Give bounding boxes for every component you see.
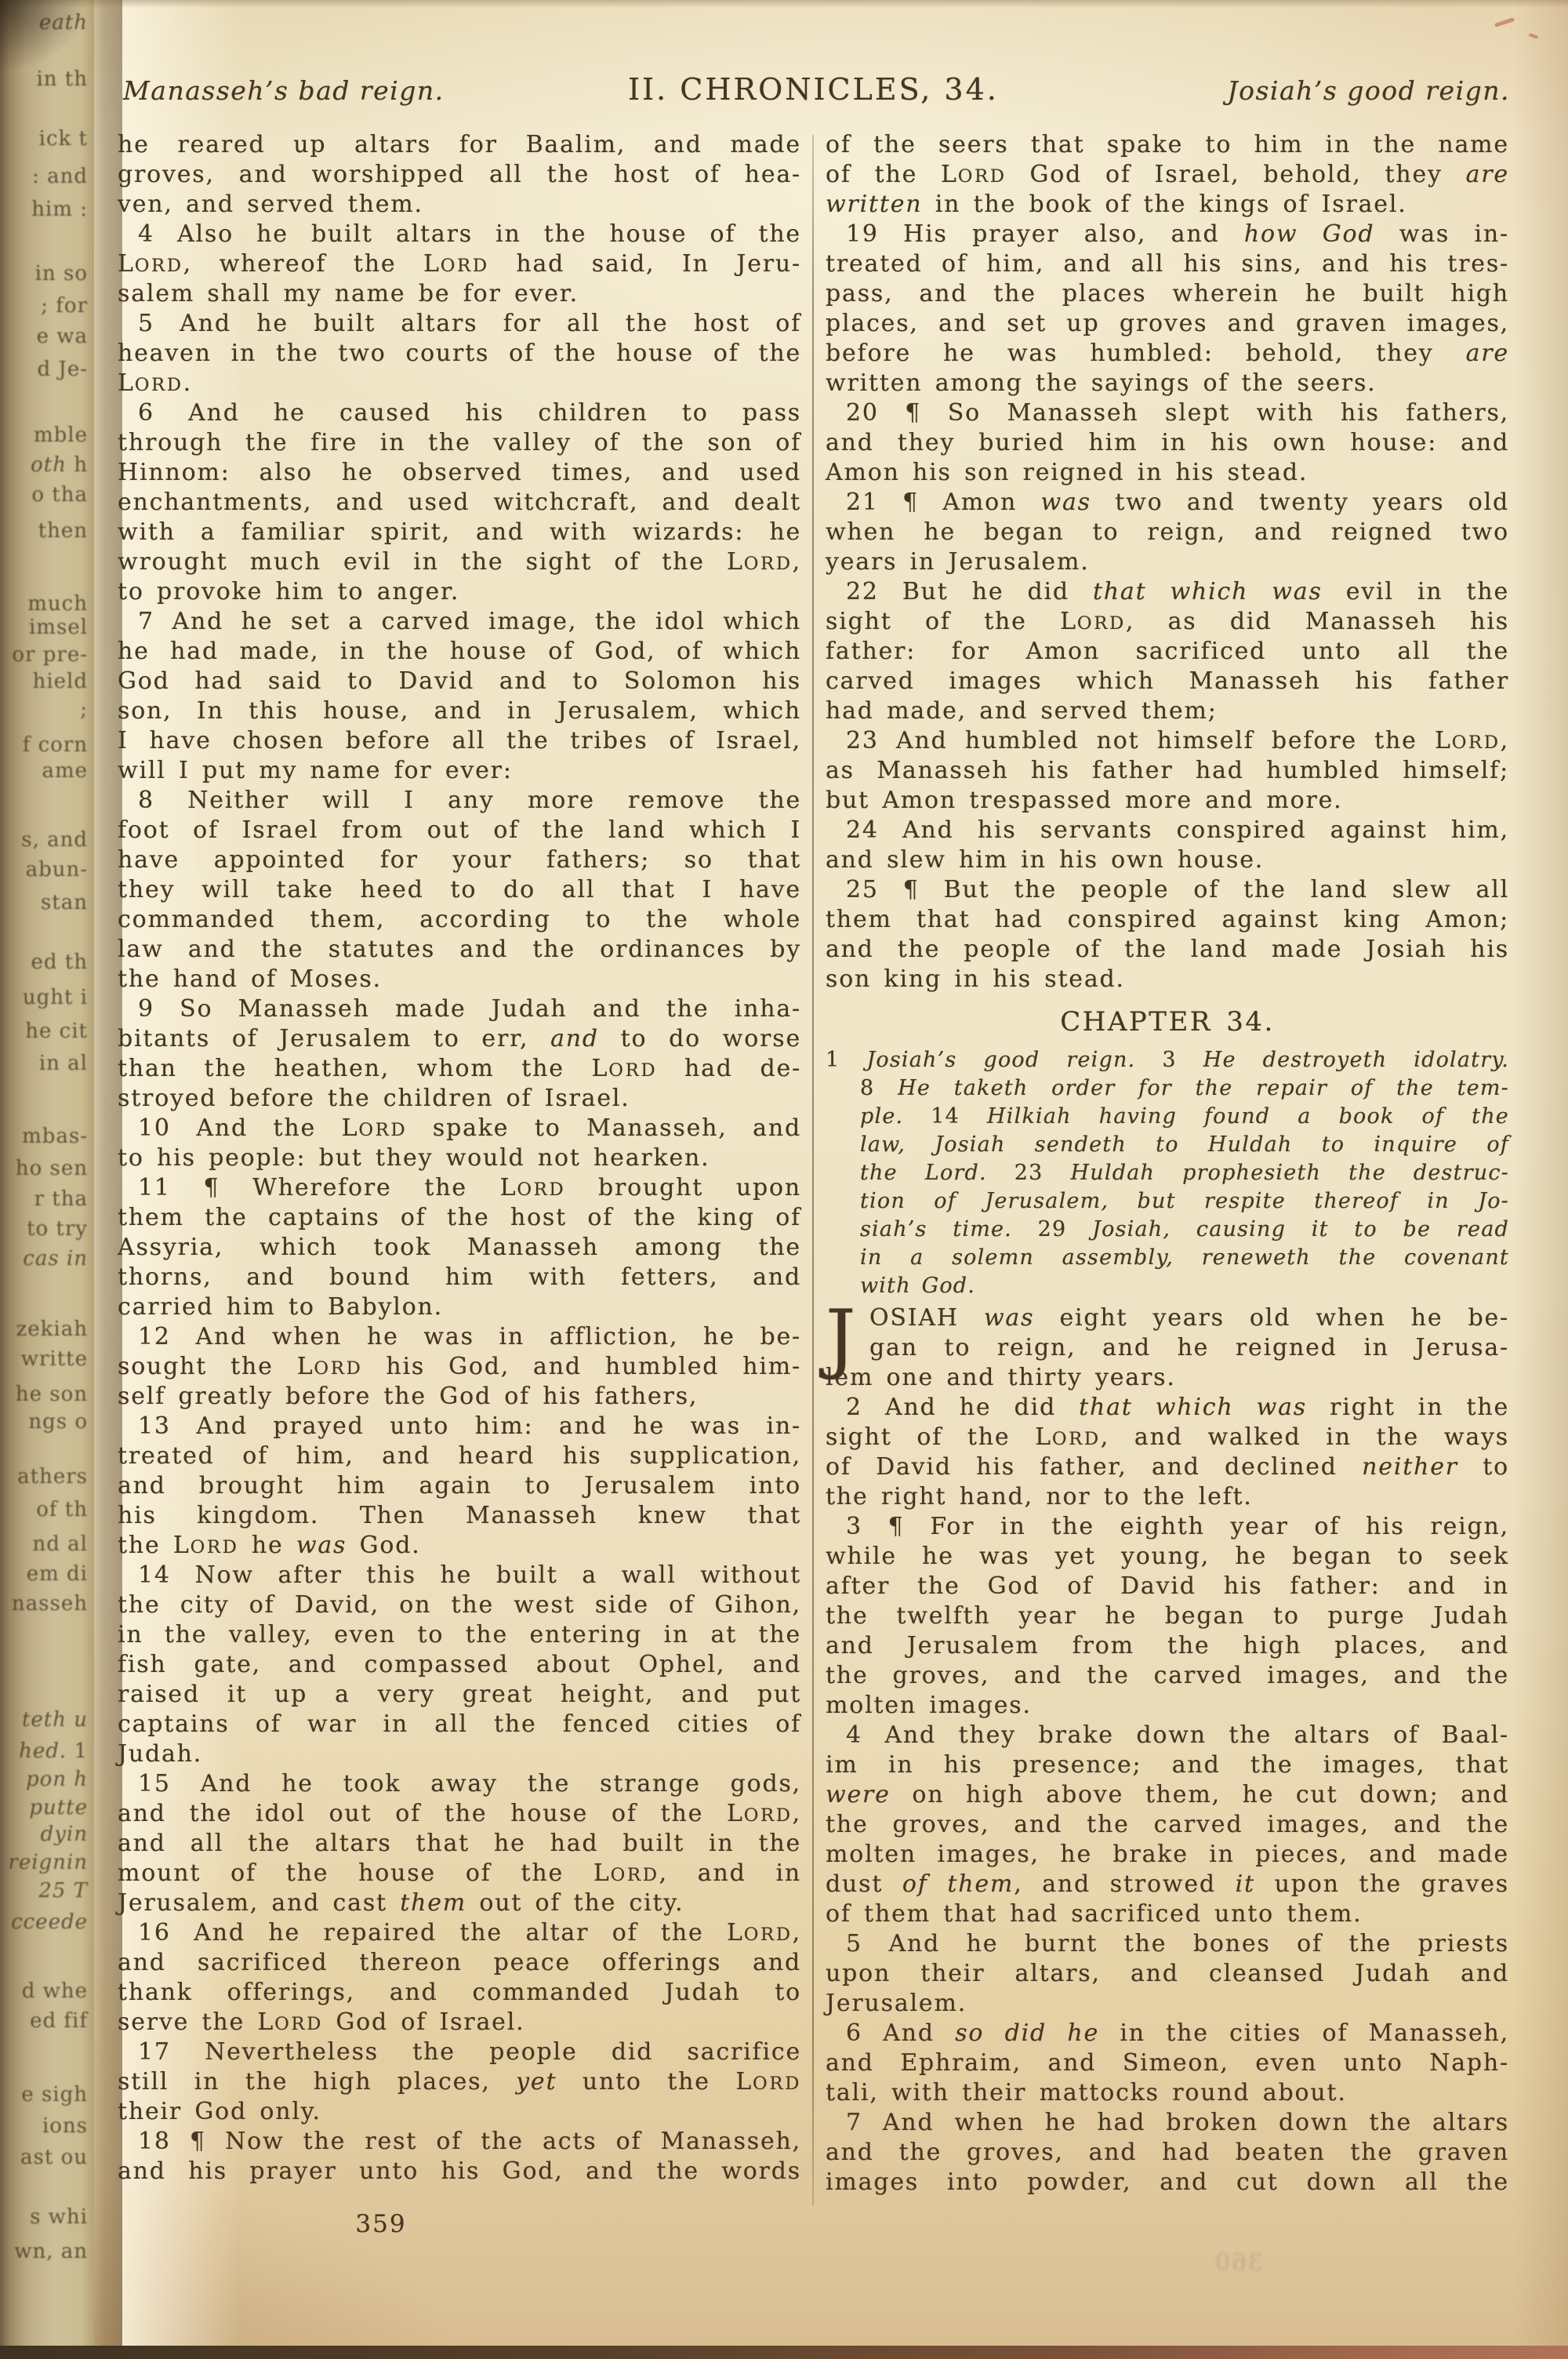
gutter-fragment: ions [0,2114,88,2138]
text-line: 17 Nevertheless the people did sacrifice [118,2037,801,2067]
text-line: with a familiar spirit, and with wizards… [118,518,801,547]
text-line: God had said to David and to Solomon his [118,667,801,696]
text-line: 13 And prayed unto him: and he was in- [118,1412,801,1441]
text-line: of the seers that spake to him in the na… [826,130,1509,160]
top-edge-shade [0,0,1568,8]
verse-paragraph: 20 ¶ So Manasseh slept with his fathers,… [826,398,1509,488]
text-line: and Jerusalem from the high places, and [826,1631,1509,1661]
text-line: 12 And when he was in affliction, he be- [118,1322,801,1352]
text-line: OSIAH was eight years old when he be- [826,1303,1509,1333]
text-line: the LORD he was God. [118,1531,801,1561]
text-line: son king in his stead. [826,965,1509,994]
gutter-fragment: in al [0,1052,88,1075]
text-line: LORD, whereof the LORD had said, In Jeru… [118,249,801,279]
text-line: carried him to Babylon. [118,1292,801,1322]
text-line: ven, and served them. [118,190,801,220]
text-line: they will take heed to do all that I hav… [118,875,801,905]
gutter-fragment: ; for [0,294,88,318]
text-line: had made, and served them; [826,696,1509,726]
text-line: the right hand, nor to the left. [826,1482,1509,1512]
text-line: and they buried him in his own house: an… [826,428,1509,458]
gutter-fragment: ed fif [0,2009,88,2033]
text-line: he reared up altars for Baalim, and made [118,130,801,160]
text-line: written among the sayings of the seers. [826,369,1509,398]
text-line: his kingdom. Then Manasseh knew that [118,1501,801,1531]
text-line: mount of the house of the LORD, and in [118,1859,801,1888]
text-line: serve the LORD God of Israel. [118,2008,801,2037]
text-line: im in his presence; and the images, that [826,1750,1509,1780]
text-line: when he began to reign, and reigned two [826,518,1509,547]
text-line: I have chosen before all the tribes of I… [118,726,801,756]
gutter-fragment: then [0,519,88,543]
gutter-fragment: hield [0,670,88,693]
text-line: stroyed before the children of Israel. [118,1084,801,1114]
text-line: sight of the LORD, as did Manasseh his [826,607,1509,637]
text-line: and brought him again to Jerusalem into [118,1471,801,1501]
text-line: Jerusalem. [826,1989,1509,2019]
gutter-fragment: ho sen [0,1157,88,1180]
verse-paragraph: he reared up altars for Baalim, and made… [118,130,801,220]
gutter-fragment: mble [0,423,88,447]
book-page-scan: eathin thick t: andhim :in so; fore wad … [0,0,1568,2359]
text-line: 7 And he set a carved image, the idol wh… [118,607,801,637]
text-line: self greatly before the God of his fathe… [118,1382,801,1412]
gutter-fragment: ; [0,698,88,722]
verse-paragraph: 11 ¶ Wherefore the LORD brought uponthem… [118,1173,801,1322]
text-line: 4 And they brake down the altars of Baal… [826,1721,1509,1750]
summary-line: ple. 14 Hilkiah having found a book of t… [826,1103,1509,1131]
verse-paragraph: 14 Now after this he built a wall withou… [118,1561,801,1769]
verse-paragraph: 7 And when he had broken down the altars… [826,2108,1509,2197]
gutter-fragment: he cit [0,1020,88,1043]
bottom-page-edge [0,2346,1568,2359]
text-line: them the captains of the host of the kin… [118,1203,801,1233]
gutter-fragment: e wa [0,325,88,348]
text-line: thorns, and bound him with fetters, and [118,1263,801,1292]
verse-paragraph: 6 And so did he in the cities of Manasse… [826,2019,1509,2108]
text-line: after the God of David his father: and i… [826,1572,1509,1601]
summary-line: in a solemn assembly, reneweth the coven… [826,1244,1509,1272]
gutter-fragment: dyin [0,1823,88,1846]
verse-paragraph: 15 And he took away the strange gods,and… [118,1769,801,1918]
chapter-summary: 1 Josiah’s good reign. 3 He destroyeth i… [826,1046,1509,1300]
text-line: carved images which Manasseh his father [826,667,1509,696]
text-line: 22 But he did that which was evil in the [826,577,1509,607]
text-line: Judah. [118,1739,801,1769]
text-line: while he was yet young, he began to seek [826,1542,1509,1572]
verse-paragraph: 19 His prayer also, and how God was in-t… [826,220,1509,398]
verse-paragraph: 10 And the LORD spake to Manasseh, andto… [118,1114,801,1173]
text-line: Assyria, which took Manasseh among the [118,1233,801,1263]
text-line: written in the book of the kings of Isra… [826,190,1509,220]
gutter-fragment: of th [0,1498,88,1521]
gutter-fragment: ame [0,759,88,783]
summary-line: siah’s time. 29 Josiah, causing it to be… [826,1216,1509,1244]
verse-paragraph: 12 And when he was in affliction, he be-… [118,1322,801,1412]
text-line: sight of the LORD, and walked in the way… [826,1423,1509,1452]
text-line: images into powder, and cut down all the [826,2168,1509,2197]
text-line: as Manasseh his father had humbled himse… [826,756,1509,786]
text-line: 4 Also he built altars in the house of t… [118,220,801,249]
text-line: years in Jerusalem. [826,547,1509,577]
gutter-fragment: ick t [0,127,88,151]
gutter-fragment: writte [0,1347,88,1371]
text-line: salem shall my name be for ever. [118,279,801,309]
text-line: sought the LORD his God, and humbled him… [118,1352,801,1382]
running-head-right: Josiah’s good reign. [1227,75,1510,106]
gutter-fragment: zekiah [0,1318,88,1341]
gutter-fragment: oth h [0,453,88,477]
text-line: 5 And he burnt the bones of the priests [826,1929,1509,1959]
text-line: and Ephraim, and Simeon, even unto Naph- [826,2048,1509,2078]
text-line: Amon his son reigned in his stead. [826,458,1509,488]
text-line: pass, and the places wherein he built hi… [826,279,1509,309]
text-line: dust of them, and strowed it upon the gr… [826,1870,1509,1899]
gutter-fragment: ngs o [0,1410,88,1434]
text-line: father: for Amon sacrificed unto all the [826,637,1509,667]
gutter-fragment: cceede [0,1910,88,1934]
summary-line: tion of Jerusalem, but respite thereof i… [826,1187,1509,1216]
text-line: than the heathen, whom the LORD had de- [118,1054,801,1084]
text-line: fish gate, and compassed about Ophel, an… [118,1650,801,1680]
gutter-fragment: teth u [0,1708,88,1732]
verse-paragraph: 4 Also he built altars in the house of t… [118,220,801,309]
text-line: thank offerings, and commanded Judah to [118,1978,801,2008]
summary-line: 1 Josiah’s good reign. 3 He destroyeth i… [826,1046,1509,1074]
verse-paragraph: 8 Neither will I any more remove thefoot… [118,786,801,994]
gutter-fragment: or pre- [0,643,88,667]
text-line: 15 And he took away the strange gods, [118,1769,801,1799]
text-line: of the LORD God of Israel, behold, they … [826,160,1509,190]
text-line: groves, and worshipped all the host of h… [118,160,801,190]
gutter-fragment: imsel [0,616,88,639]
gutter-fragment: s, and [0,828,88,852]
gutter-fragment: athers [0,1465,88,1488]
gutter-fragment: nd al [0,1532,88,1556]
text-line: the twelfth year he began to purge Judah [826,1601,1509,1631]
page-number: 359 [355,2210,406,2238]
verse-paragraph: 4 And they brake down the altars of Baal… [826,1721,1509,1929]
red-speck [1529,33,1539,39]
text-line: heaven in the two courts of the house of… [118,339,801,369]
text-line: the groves, and the carved images, and t… [826,1661,1509,1691]
gutter-fragment: wn, an [0,2240,88,2263]
verse-paragraph: 17 Nevertheless the people did sacrifice… [118,2037,801,2127]
text-line: 25 ¶ But the people of the land slew all [826,875,1509,905]
verse-paragraph: 9 So Manasseh made Judah and the inha-bi… [118,994,801,1114]
gutter-fragment: : and [0,165,88,188]
text-line: and the groves, and had beaten the grave… [826,2138,1509,2168]
text-line: and all the altars that he had built in … [118,1829,801,1859]
gutter-fragment: stan [0,891,88,914]
gutter-fragment: in so [0,262,88,285]
gutter-fragment: ast ou [0,2146,88,2169]
text-line: law and the statutes and the ordinances … [118,935,801,965]
text-line: enchantments, and used witchcraft, and d… [118,488,801,518]
gutter-fragment: to try [0,1217,88,1241]
text-line: commanded them, according to the whole [118,905,801,935]
gutter-fragment: ed th [0,951,88,974]
text-line: 3 ¶ For in the eighth year of his reign, [826,1512,1509,1542]
text-line: molten images, he brake in pieces, and m… [826,1840,1509,1870]
text-line: son, In this house, and in Jerusalem, wh… [118,696,801,726]
text-line: foot of Israel from out of the land whic… [118,816,801,845]
text-line: of David his father, and declined neithe… [826,1452,1509,1482]
gutter-fragment: eath [0,11,88,35]
text-line: 19 His prayer also, and how God was in- [826,220,1509,249]
gutter-fragment: nasseh [0,1592,88,1616]
text-line: still in the high places, yet unto the L… [118,2067,801,2097]
text-line: 11 ¶ Wherefore the LORD brought upon [118,1173,801,1203]
text-line: and his prayer unto his God, and the wor… [118,2157,801,2186]
opposite-page-text-fragments: eathin thick t: andhim :in so; fore wad … [0,0,93,2359]
text-line: of them that had sacrificed unto them. [826,1899,1509,1929]
text-line: 20 ¶ So Manasseh slept with his fathers, [826,398,1509,428]
text-line: treated of him, and all his sins, and hi… [826,249,1509,279]
gutter-fragment: d Je- [0,358,88,381]
text-line: he had made, in the house of God, of whi… [118,637,801,667]
text-line: 18 ¶ Now the rest of the acts of Manasse… [118,2127,801,2157]
gutter-fragment: him : [0,198,88,221]
showthrough-page-number: 360 [1214,2249,1263,2277]
text-line: 23 And humbled not himself before the LO… [826,726,1509,756]
gutter-fragment: hed. 1 [0,1739,88,1763]
verse-paragraph: 23 And humbled not himself before the LO… [826,726,1509,816]
text-line: and slew him in his own house. [826,845,1509,875]
text-line: 16 And he repaired the altar of the LORD… [118,1918,801,1948]
text-line: gan to reign, and he reigned in Jerusa- [826,1333,1509,1363]
text-line: 5 And he built altars for all the host o… [118,309,801,339]
verse-paragraph: 2 And he did that which was right in the… [826,1393,1509,1512]
text-line: have appointed for your fathers; so that [118,845,801,875]
drop-cap-initial: J [826,1300,855,1376]
verse-paragraph: 3 ¶ For in the eighth year of his reign,… [826,1512,1509,1721]
text-line: Jerusalem, and cast them out of the city… [118,1888,801,1918]
summary-line: with God. [826,1272,1509,1300]
verse-paragraph: 13 And prayed unto him: and he was in-tr… [118,1412,801,1561]
text-line: and the people of the land made Josiah h… [826,935,1509,965]
text-line: 2 And he did that which was right in the [826,1393,1509,1423]
text-line: the city of David, on the west side of G… [118,1590,801,1620]
text-line: and sacrificed thereon peace offerings a… [118,1948,801,1978]
gutter-fragment: r tha [0,1187,88,1211]
text-line: 8 Neither will I any more remove the [118,786,801,816]
text-line: the hand of Moses. [118,965,801,994]
verse-paragraph: 6 And he caused his children to passthro… [118,398,801,607]
text-line: in the valley, even to the entering in a… [118,1620,801,1650]
text-line: bitants of Jerusalem to err, and to do w… [118,1024,801,1054]
gutter-fragment: putte [0,1796,88,1819]
text-line: but Amon trespassed more and more. [826,786,1509,816]
text-line: treated of him, and heard his supplicati… [118,1441,801,1471]
text-line: the groves, and the carved images, and t… [826,1810,1509,1840]
verse-paragraph: 21 ¶ Amon was two and twenty years oldwh… [826,488,1509,577]
text-line: wrought much evil in the sight of the LO… [118,547,801,577]
gutter-fragment: in th [0,67,88,91]
gutter-fragment: much [0,592,88,616]
verse-paragraph: 25 ¶ But the people of the land slew all… [826,875,1509,994]
text-line: lem one and thirty years. [826,1363,1509,1393]
gutter-fragment: pon h [0,1768,88,1791]
text-line: were on high above them, he cut down; an… [826,1780,1509,1810]
text-line: Hinnom: also he observed times, and used [118,458,801,488]
verse-paragraph: 24 And his servants conspired against hi… [826,816,1509,875]
right-text-column: of the seers that spake to him in the na… [826,130,1509,2197]
text-line: upon their altars, and cleansed Judah an… [826,1959,1509,1989]
text-line: 24 And his servants conspired against hi… [826,816,1509,845]
verse-paragraph: 18 ¶ Now the rest of the acts of Manasse… [118,2127,801,2186]
text-line: 9 So Manasseh made Judah and the inha- [118,994,801,1024]
column-divider-rule [812,135,814,2205]
gutter-fragment: mbas- [0,1125,88,1148]
gutter-fragment: he son [0,1383,88,1406]
gutter-fragment: em di [0,1562,88,1586]
verse-paragraph: 16 And he repaired the altar of the LORD… [118,1918,801,2037]
gutter-fragment: abun- [0,858,88,881]
text-line: captains of war in all the fenced cities… [118,1710,801,1739]
text-line: before he was humbled: behold, they are [826,339,1509,369]
gutter-fragment: reignin [0,1851,88,1874]
summary-line: 8 He taketh order for the repair of the … [826,1074,1509,1103]
gutter-fragment: f corn [0,733,88,757]
verse-paragraph-dropcap: JOSIAH was eight years old when he be-ga… [826,1303,1509,1393]
summary-line: law, Josiah sendeth to Huldah to inquire… [826,1131,1509,1159]
text-line: raised it up a very great height, and pu… [118,1680,801,1710]
gutter-fragment: e sigh [0,2083,88,2106]
text-line: will I put my name for ever: [118,756,801,786]
text-line: their God only. [118,2097,801,2127]
text-line: LORD. [118,369,801,398]
gutter-fragment: ught i [0,986,88,1009]
verse-paragraph: 5 And he built altars for all the host o… [118,309,801,398]
gutter-fragment: cas in [0,1247,88,1270]
verse-paragraph: 22 But he did that which was evil in the… [826,577,1509,726]
text-line: them that had conspired against king Amo… [826,905,1509,935]
text-line: 21 ¶ Amon was two and twenty years old [826,488,1509,518]
text-line: tali, with their mattocks round about. [826,2078,1509,2108]
verse-paragraph: 7 And he set a carved image, the idol wh… [118,607,801,786]
summary-line: the Lord. 23 Huldah prophesieth the dest… [826,1159,1509,1187]
red-speck [1494,17,1515,27]
verse-paragraph: of the seers that spake to him in the na… [826,130,1509,220]
text-line: molten images. [826,1691,1509,1721]
text-line: 6 And so did he in the cities of Manasse… [826,2019,1509,2048]
gutter-fragment: 25 T [0,1879,88,1903]
text-line: 10 And the LORD spake to Manasseh, and [118,1114,801,1143]
text-line: to provoke him to anger. [118,577,801,607]
right-edge-shade [1513,0,1568,2359]
chapter-heading: CHAPTER 34. [826,1004,1509,1040]
gutter-fragment: o tha [0,483,88,507]
left-text-column: he reared up altars for Baalim, and made… [118,130,801,2186]
text-line: 14 Now after this he built a wall withou… [118,1561,801,1590]
text-line: 6 And he caused his children to pass [118,398,801,428]
text-line: to his people: but they would not hearke… [118,1143,801,1173]
text-line: 7 And when he had broken down the altars [826,2108,1509,2138]
text-line: places, and set up groves and graven ima… [826,309,1509,339]
gutter-fragment: s whi [0,2205,88,2229]
text-line: and the idol out of the house of the LOR… [118,1799,801,1829]
verse-paragraph: 5 And he burnt the bones of the priestsu… [826,1929,1509,2019]
text-line: through the fire in the valley of the so… [118,428,801,458]
gutter-fragment: d whe [0,1979,88,2003]
